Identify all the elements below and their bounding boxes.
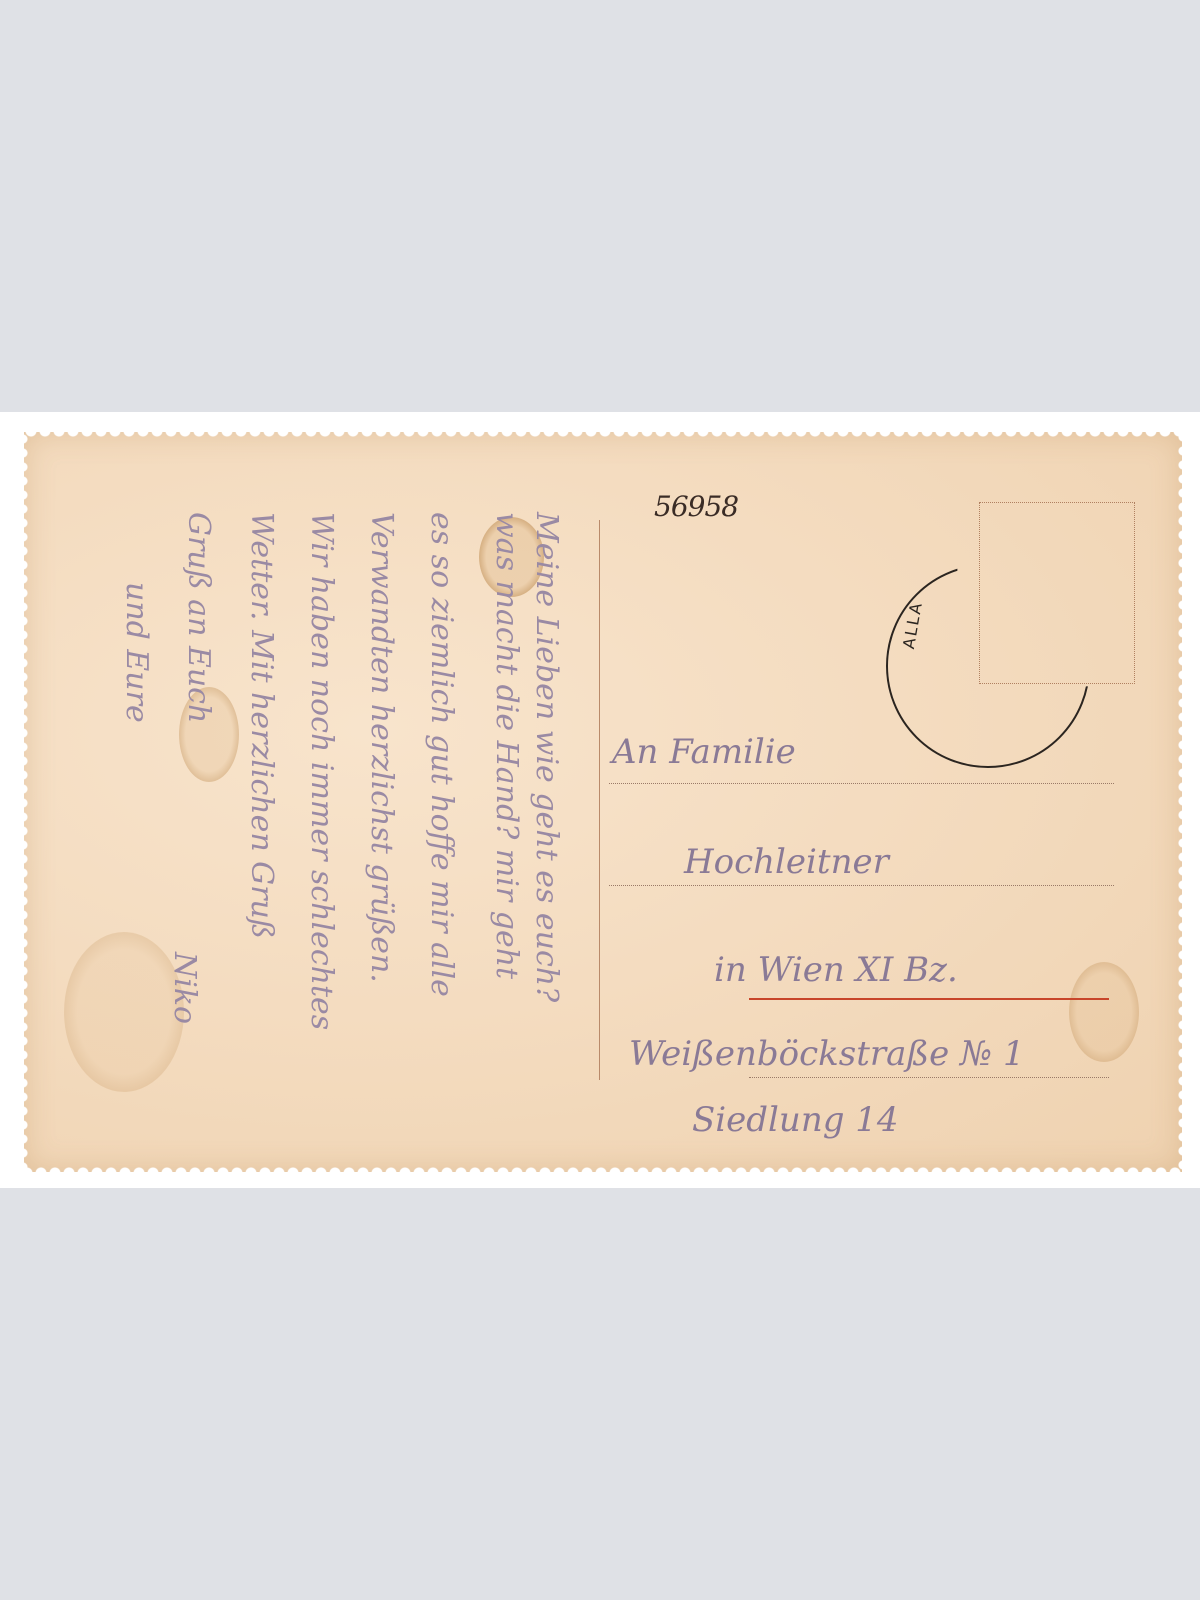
address-rule xyxy=(609,885,1114,886)
message-line: Wetter. Mit herzlichen Gruß xyxy=(244,512,279,939)
signature: Niko xyxy=(167,952,202,1024)
stain xyxy=(1069,962,1139,1062)
address-line-2: Hochleitner xyxy=(684,842,889,882)
message-line: es so ziemlich gut hoffe mir alle xyxy=(424,512,459,997)
address-line-5: Siedlung 14 xyxy=(692,1100,899,1140)
message-line: und Eure xyxy=(119,582,154,723)
message-line: Wir haben noch immer schlechtes xyxy=(304,512,339,1030)
card-edge-top xyxy=(24,432,1182,440)
message-area: Meine Lieben wie geht es euch? was macht… xyxy=(54,472,599,1132)
address-line-1: An Familie xyxy=(612,732,796,772)
scan-frame: Meine Lieben wie geht es euch? was macht… xyxy=(0,412,1200,1188)
address-rule xyxy=(609,783,1114,784)
address-line-4: Weißenböckstraße № 1 xyxy=(629,1034,1025,1074)
center-divider xyxy=(599,520,600,1080)
postcard: Meine Lieben wie geht es euch? was macht… xyxy=(24,432,1182,1172)
message-line: Verwandten herzlichst grüßen. xyxy=(364,512,399,983)
message-line: was macht die Hand? mir geht xyxy=(489,512,524,979)
card-edge-bottom xyxy=(24,1164,1182,1172)
card-edge-left xyxy=(24,432,30,1172)
archive-number: 56958 xyxy=(654,490,738,523)
address-rule-red xyxy=(749,998,1109,1000)
card-edge-right xyxy=(1176,432,1182,1172)
address-rule xyxy=(749,1077,1109,1078)
message-line: Meine Lieben wie geht es euch? xyxy=(529,512,564,1002)
stamp-box xyxy=(979,502,1135,684)
address-line-3: in Wien XI Bz. xyxy=(714,950,958,990)
message-line: Gruß an Euch xyxy=(181,512,216,723)
